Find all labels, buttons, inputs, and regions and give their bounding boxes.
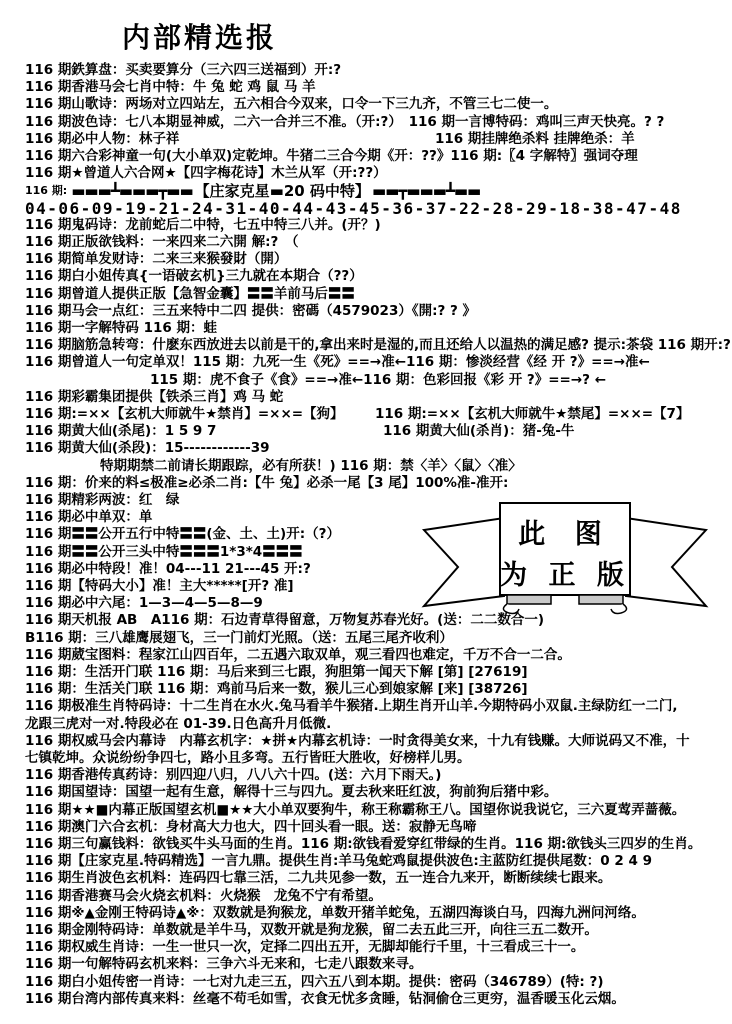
report-line: 116 期脑筋急转弯：什麽东西放进去以前是干的,拿出来时是湿的,而且还给人以温热… — [25, 337, 731, 354]
report-line: 116 期※▲金刚王特码诗▲※：双数就是狗猴龙，单数开猪羊蛇兔，五湖四海谈白马，… — [25, 905, 645, 922]
report-line: 116 期波色诗：七八本期显神威，二六一合并三不准。（开:?） 116 期一言博… — [25, 114, 664, 131]
report-line-left: 116 期必中人物：林子祥 — [25, 131, 179, 147]
report-line: 115 期：虎不食子《食》==→准←116 期：色彩回报《彩 开 ?》==→? … — [150, 372, 606, 389]
report-line: 116 期台湾内部传真来料：丝毫不苟毛如雪，衣食无忧多贪睡，钻洞偷仓三更穷，温香… — [25, 991, 625, 1008]
report-line-left: 116 期黄大仙(杀尾)：1 5 9 7 — [25, 423, 216, 439]
black-bars-right: ▬▬┳▬▬▬┻▬▬ — [372, 182, 480, 200]
report-line: 116 期澳门六合玄机：身材高大力也大，四十回头看一眼。送：寂静无鸟啼 — [25, 819, 476, 836]
banner-roll-right — [579, 595, 623, 604]
banner-curl-left — [503, 604, 519, 614]
report-line-right: 116 期挂牌绝杀料 挂牌绝杀：羊 — [435, 131, 635, 148]
report-line: 116 期【庄家克星.特码精选】一言九鼎。提供生肖:羊马兔蛇鸡鼠提供波色:主蓝防… — [25, 853, 652, 870]
report-line: 116 期权威马会内幕诗 内幕玄机字：★拼★内幕玄机诗：一时贪得美女来，十九有钱… — [25, 733, 690, 750]
report-line-left: 116 期:=××【玄机大师就牛★禁肖】=××=【狗】 — [25, 406, 344, 422]
report-line-split: 116 期必中人物：林子祥116 期挂牌绝杀料 挂牌绝杀：羊 — [25, 131, 179, 148]
report-line: 116 期六合彩神童一句(大小单双)定乾坤。牛猪二三合今期《开：??》116 期… — [25, 148, 638, 165]
report-line: 116 期〓〓公开三头中特〓〓〓1*3*4〓〓〓 — [25, 544, 303, 561]
report-line: 116 期曾道人提供正版【急智金囊】〓〓羊前马后〓〓 — [25, 286, 355, 303]
report-line: 116 期：生活关门联 116 期：鸡前马后来一数，猴儿三心到娘家解 [来] [… — [25, 681, 528, 698]
report-line: 116 期【特码大小】准！主大*****[开? 准] — [25, 578, 294, 595]
authentic-banner: 此 图 为 正 版 — [420, 498, 710, 618]
code-banner-prefix: 116 期: — [25, 184, 67, 197]
report-line-right: 116 期:=××【玄机大师就牛★禁尾】=××=【7】 — [375, 406, 689, 423]
report-line: 116 期精彩两波：红 绿 — [25, 492, 179, 509]
report-line: 116 期极准生肖特码诗：十二生肖在水火.兔马看羊牛猴猪.上期生肖开山羊.今期特… — [25, 698, 678, 715]
report-line: 116 期山歌诗：两场对立四站左，五六相合今双来，口令一下三九齐，不管三七二使一… — [25, 96, 557, 113]
code-banner-row: 116 期:▬▬▬┻▬▬▬┳▬▬【庄家克星▬20 码中特】▬▬┳▬▬▬┻▬▬ — [25, 182, 480, 200]
report-line: 116 期鬼码诗：龙前蛇后二中特，七五中特三八并。(开？) — [25, 217, 381, 234]
report-line: 116 期：价来的料≤极准≥必杀二肖:【牛 兔】必杀一尾【3 尾】100%准-准… — [25, 475, 508, 492]
numbers-row: 04-06-09-19-21-24-31-40-44-43-45-36-37-2… — [25, 200, 682, 217]
report-line: 116 期生肖波色玄机料：连码四七靠三活，二九共见参一数，五一连合九来开，断断续… — [25, 870, 611, 887]
report-line-right: 116 期黄大仙(杀肖)：猪-兔-牛 — [383, 423, 574, 440]
report-line: 116 期三句赢钱料：欲钱买牛头马面的生肖。116 期:欲钱看爱穿红带绿的生肖。… — [25, 836, 701, 853]
report-page: 内部精选报 116 期鉄算盘：买卖要算分（三六四三送福到）开:?116 期香港马… — [0, 0, 732, 1024]
report-line: 116 期简单发财诗：二来三来猴發財（開） — [25, 251, 287, 268]
report-line: 116 期黄大仙(杀段)：15------------39 — [25, 440, 270, 457]
report-line: 116 期必中六尾：1—3—4—5—8—9 — [25, 595, 263, 612]
report-line: 116 期香港马会七肖中特：牛 兔 蛇 鸡 鼠 马 羊 — [25, 79, 316, 96]
report-line: 116 期香港传真药诗：别四迎八归，八八六十四。(送：六月下雨天。) — [25, 767, 441, 784]
report-line-split: 116 期:=××【玄机大师就牛★禁肖】=××=【狗】116 期:=××【玄机大… — [25, 406, 344, 423]
report-line: 七镇乾坤。众说纷纷争四七，路小且多弯。五行皆旺大胜收，好榜样儿男。 — [25, 750, 471, 767]
banner-text-line1: 此 图 — [518, 519, 611, 550]
report-line: 116 期一字解特码 116 期：蛙 — [25, 320, 217, 337]
report-line: 116 期权威生肖诗：一生一世只一次，定择二四出五开，无脚却能行千里，十三看成三… — [25, 939, 584, 956]
report-line: 116 期金刚特码诗：单数就是羊牛马，双数开就是狗龙猴，留二去五此三开，向往三五… — [25, 922, 598, 939]
report-line: 116 期必中特段！准！04---11 21---45 开:? — [25, 561, 311, 578]
report-line: 116 期★曾道人六合网★【四字梅花诗】木兰从军（开:??） — [25, 165, 387, 182]
report-line: 116 期正版欲钱料：一来四来二六開 解:? （ — [25, 234, 299, 251]
report-line: 116 期白小姐传真{一语破玄机}三九就在本期合（??） — [25, 268, 363, 285]
report-line: 116 期必中单双：单 — [25, 509, 152, 526]
report-line: 116 期白小姐传密一肖诗：一七对九走三五，四六五八到本期。提供：密码（3467… — [25, 974, 604, 991]
report-line: 116 期国望诗：国望一起有生意，解得十三与四九。夏去秋来旺红波，狗前狗后猪中彩… — [25, 784, 557, 801]
report-line: 特期期禁二前请长期跟踪，必有所获！) 116 期：禁〈羊〉〈鼠〉〈准〉 — [100, 458, 522, 475]
report-line-split: 116 期黄大仙(杀尾)：1 5 9 7116 期黄大仙(杀肖)：猪-兔-牛 — [25, 423, 216, 440]
page-title: 内部精选报 — [122, 16, 277, 56]
banner-curl-right — [611, 604, 627, 614]
report-line: 116 期★★■内幕正版国望玄机■★★大小单双要狗牛，称王称霸称王八。国望你说我… — [25, 802, 685, 819]
report-line: 116 期一句解特码玄机来料：三争六斗无来和，七走八跟数来寻。 — [25, 956, 422, 973]
report-line: 116 期曾道人一句定单双！115 期：九死一生《死》==→准←116 期：惨淡… — [25, 354, 650, 371]
report-line: 116 期马会一点红：三五来特中二四 提供：密碼（4579023）《開:? ? … — [25, 303, 476, 320]
banner-roll-left — [507, 595, 551, 604]
report-line: B116 期：三八雄鹰展翅飞，三一门前灯光照。（送：五尾三尾齐收利） — [25, 630, 453, 647]
banner-right-tail — [626, 518, 706, 606]
report-line: 116 期香港赛马会火烧玄机料：火烧猴 龙兔不宁有希望。 — [25, 888, 382, 905]
banner-left-tail — [424, 518, 504, 606]
code-banner-label: 【庄家克星▬20 码中特】 — [195, 182, 370, 200]
report-line: 龙跟三虎对一对.特段必在 01-39.日色高升月低微. — [25, 716, 331, 733]
report-line: 116 期葳宝图料：程家江山四百年，二五遇六取双单，观三看四也难定，千万不合一二… — [25, 647, 571, 664]
banner-text-line2: 为 正 版 — [500, 560, 630, 591]
report-line: 116 期鉄算盘：买卖要算分（三六四三送福到）开:? — [25, 62, 341, 79]
black-bars-left: ▬▬▬┻▬▬▬┳▬▬ — [71, 182, 192, 200]
report-line: 116 期〓〓公开五行中特〓〓(金、土、土)开:（?） — [25, 526, 340, 543]
report-line: 116 期：生活开门联 116 期：马后来到三七跟，狗胆第一闻天下解 [第] [… — [25, 664, 528, 681]
report-line: 116 期彩霸集团提供【铁杀三肖】鸡 马 蛇 — [25, 389, 283, 406]
